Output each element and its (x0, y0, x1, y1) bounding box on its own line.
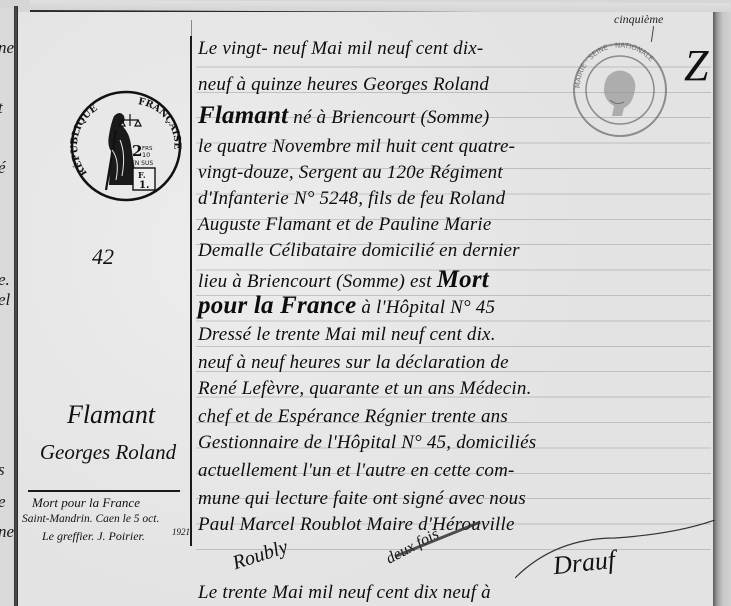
body-line: le quatre Novembre mil huit cent quatre- (198, 136, 515, 158)
prev-page-fragment: e (0, 492, 6, 512)
prev-page-fragment: t (0, 98, 3, 118)
margin-rule (190, 36, 192, 546)
body-line: Gestionnaire de l'Hôpital N° 45, domicil… (198, 432, 536, 454)
body-line: Le vingt- neuf Mai mil neuf cent dix- (198, 38, 483, 60)
margin-note-line: Le greffier. J. Poirier. (22, 528, 190, 545)
body-line: neuf à quinze heures Georges Roland (198, 74, 489, 96)
body-line: vingt-douze, Sergent au 120e Régiment (198, 162, 503, 184)
svg-text:10: 10 (142, 151, 150, 159)
svg-text:1.: 1. (139, 180, 149, 191)
body-line: René Lefèvre, quarante et un ans Médecin… (198, 378, 532, 400)
body-line: d'Infanterie N° 5248, fils de feu Roland (198, 188, 505, 210)
margin-rule-top (191, 20, 192, 36)
margin-annotation: Mort pour la France Saint-Mandrin. Caen … (22, 494, 190, 545)
prev-page-fragment: ne (0, 38, 14, 58)
body-line: Flamant né à Briencourt (Somme) (198, 102, 489, 130)
svg-text:EN SUS: EN SUS (131, 160, 153, 167)
body-line: chef et de Espérance Régnier trente ans (198, 406, 508, 428)
margin-surname: Flamant (36, 400, 186, 430)
prev-page-fragment: el (0, 290, 10, 310)
body-line: Auguste Flamant et de Pauline Marie (198, 214, 492, 236)
prev-page-fragment: é (0, 158, 6, 178)
body-line: neuf à neuf heures sur la déclaration de (198, 352, 509, 374)
body-line: actuellement l'un et l'autre en cette co… (198, 460, 515, 482)
body-line: lieu à Briencourt (Somme) est Mort (198, 266, 489, 294)
margin-note-year: 1921 (172, 524, 190, 541)
body-line: pour la France à l'Hôpital N° 45 (198, 292, 495, 320)
margin-note-line: Mort pour la France (22, 494, 190, 511)
svg-text:F.: F. (138, 170, 146, 180)
prev-page-fragment: e. (0, 270, 10, 290)
tax-stamp-icon: RÉPUBLIQUE FRANÇAISE 2 FRS 10 EN SUS F. … (70, 90, 182, 202)
body-line: mune qui lecture faite ont signé avec no… (198, 488, 526, 510)
margin-note-line: Saint-Mandrin. Caen le 5 oct. (22, 511, 190, 528)
margin-given-names: Georges Roland (26, 440, 190, 465)
paraphe-initial: Z (684, 40, 708, 91)
body-line: Dressé le trente Mai mil neuf cent dix. (198, 324, 496, 346)
mort-emphasis: Mort (437, 266, 489, 293)
deceased-surname: Flamant (198, 102, 288, 129)
prev-page-fragment: ne (0, 522, 14, 542)
previous-page-edge: ne t é e. el s e ne (0, 8, 14, 606)
body-line: Demalle Célibataire domicilié en dernier (198, 240, 520, 262)
margin-divider (28, 490, 180, 492)
prev-page-fragment: s (0, 460, 5, 480)
next-entry-line: Le trente Mai mil neuf cent dix neuf à (198, 582, 491, 604)
svg-text:2: 2 (132, 142, 142, 160)
header-annotation: cinquième (614, 12, 663, 27)
mairie-seal-icon: MAIRIE · SEINE · NATIONALE (570, 40, 670, 140)
entry-number: 42 (92, 244, 114, 270)
pour-la-france-emphasis: pour la France (198, 292, 356, 319)
document-scan: ne t é e. el s e ne cinquième Z RÉPUBLIQ… (0, 0, 731, 606)
page-right-edge (713, 12, 731, 606)
